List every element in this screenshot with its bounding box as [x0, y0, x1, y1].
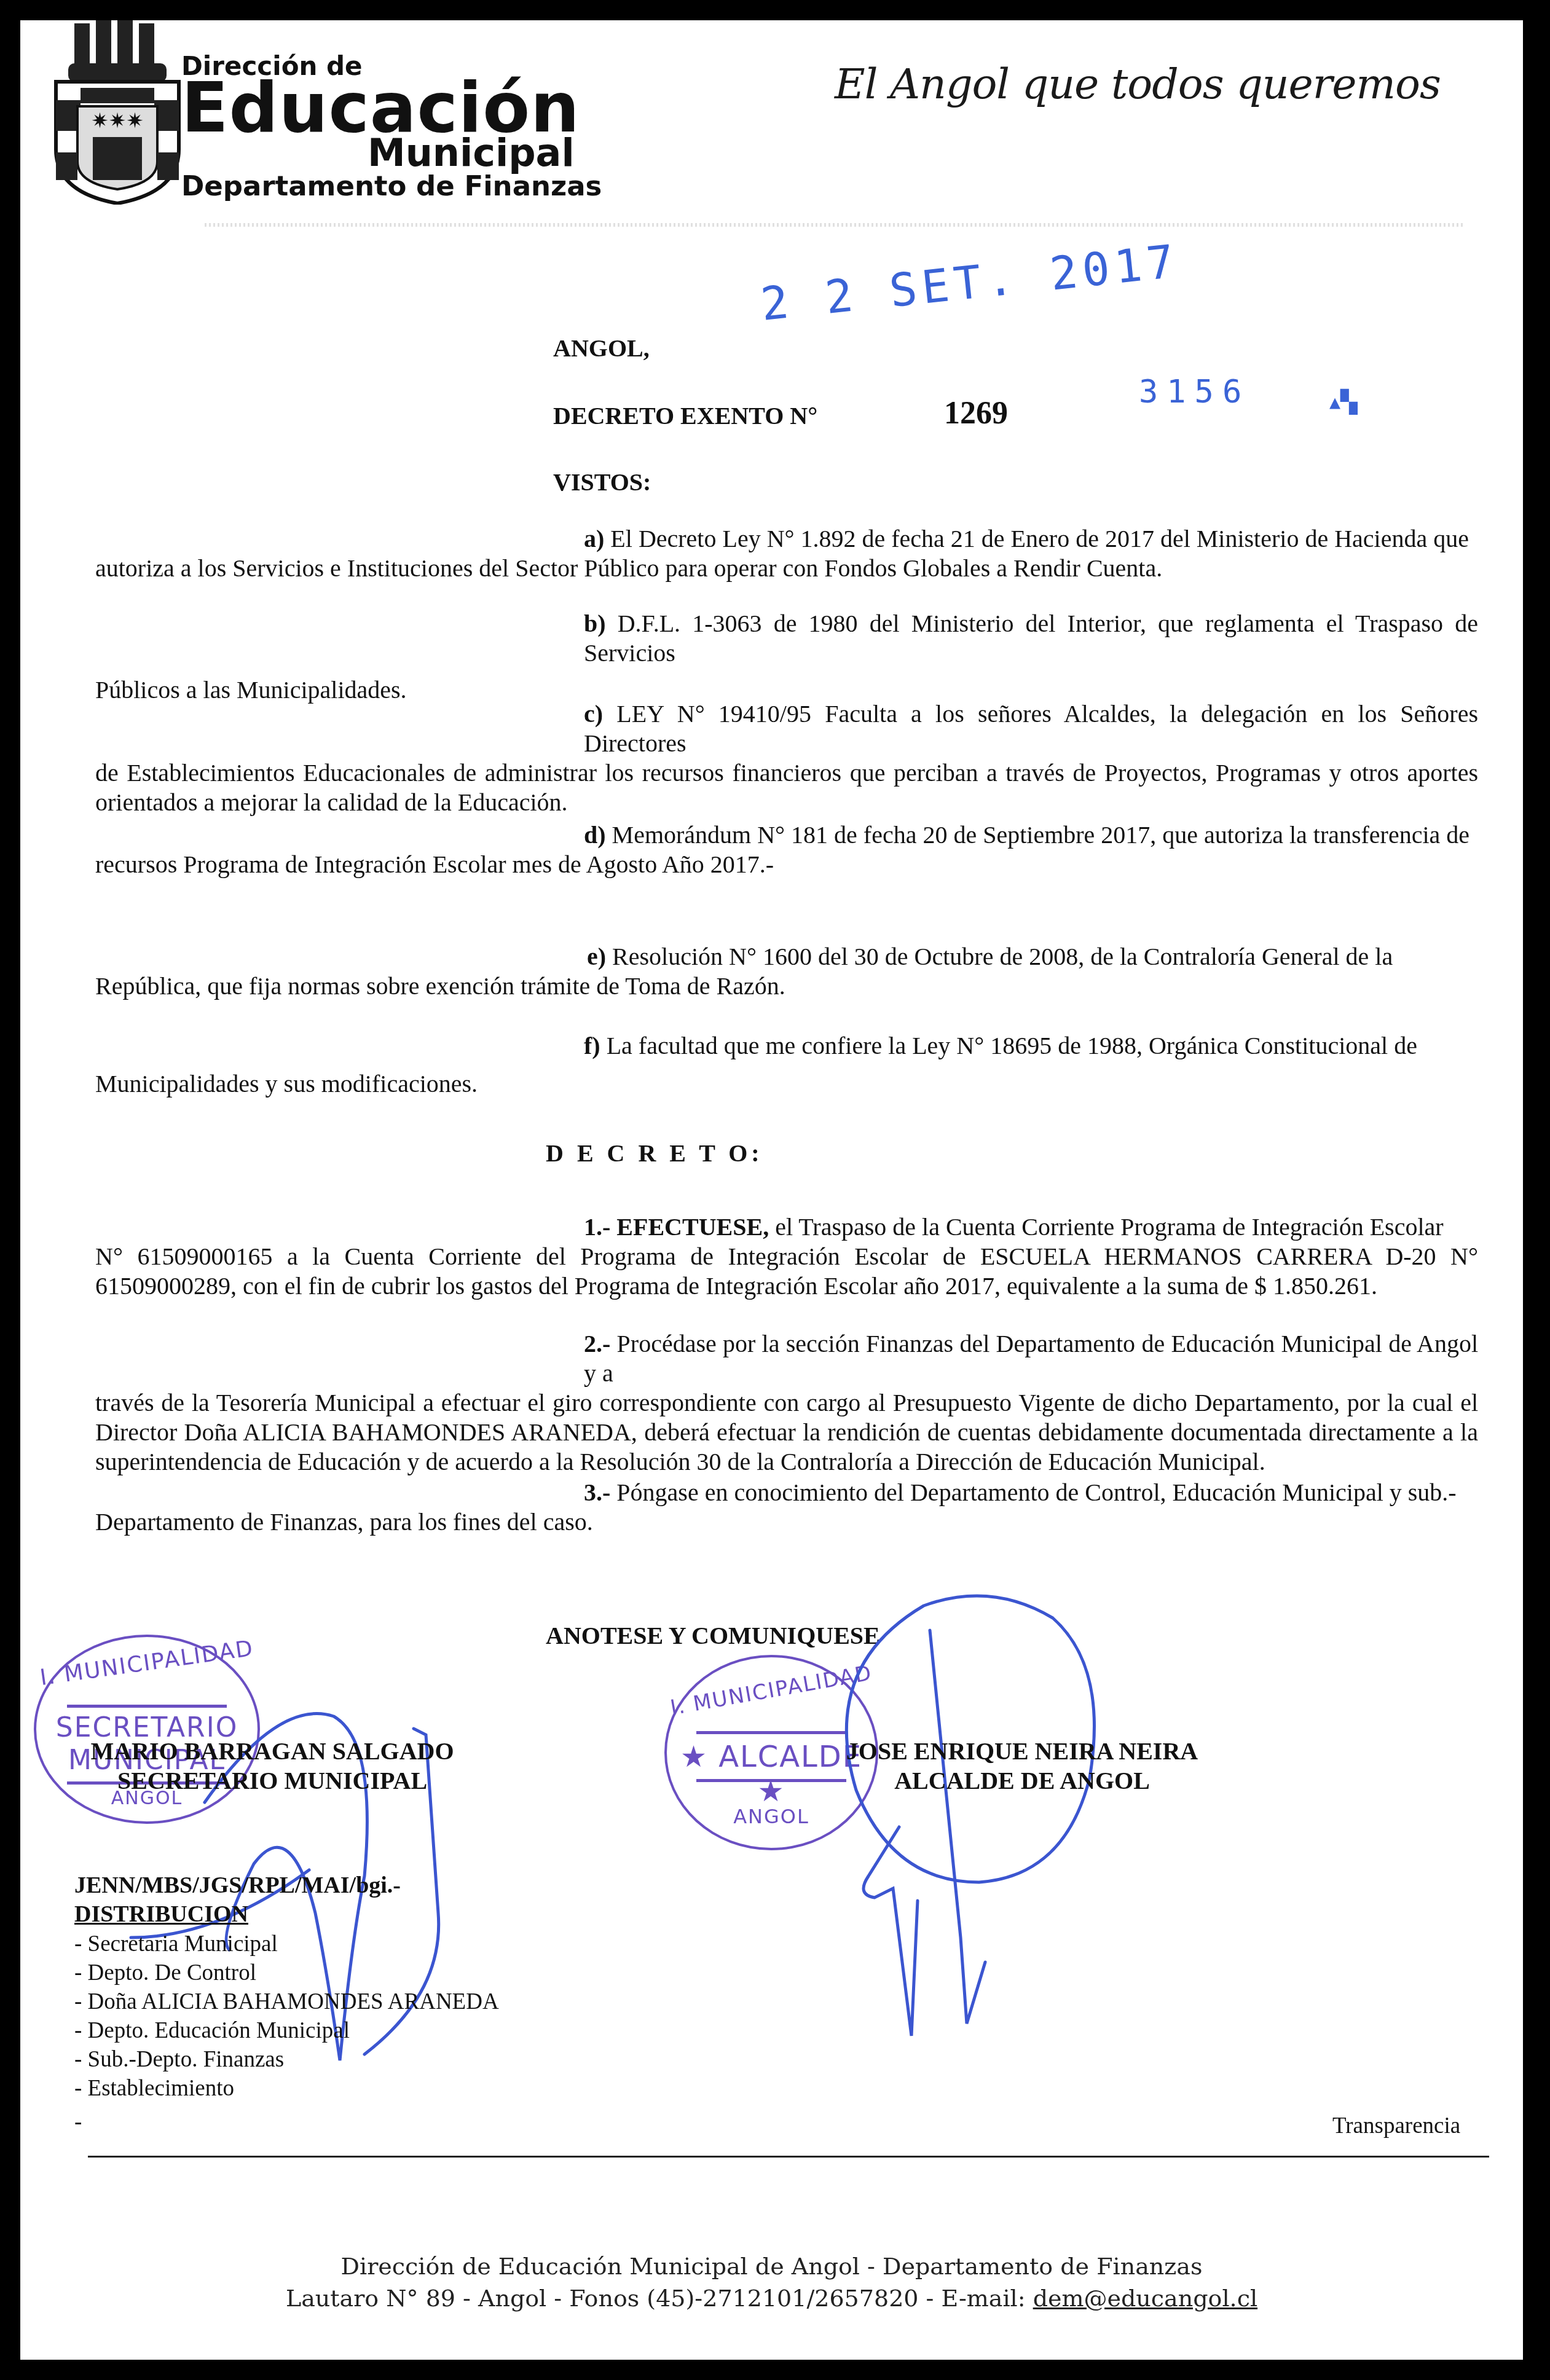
visto-a: a) El Decreto Ley N° 1.892 de fecha 21 d… — [95, 524, 1478, 583]
distribution-item: - Depto. De Control — [74, 1958, 499, 1987]
secretary-name: MARIO BARRAGAN SALGADO — [82, 1737, 463, 1766]
footer-line-1: Dirección de Educación Municipal de Ango… — [20, 2253, 1523, 2280]
transparency-label: Transparencia — [1332, 2113, 1460, 2139]
footer-line-2: Lautaro N° 89 - Angol - Fonos (45)-27121… — [20, 2285, 1523, 2312]
distribution-item: - Establecimiento — [74, 2074, 499, 2103]
header-line-departamento: Departamento de Finanzas — [181, 171, 602, 202]
footer-divider — [88, 2156, 1489, 2158]
decree-label: DECRETO EXENTO N° — [553, 401, 817, 430]
decreto-heading: D E C R E T O: — [546, 1139, 763, 1168]
distribution-item: - — [74, 2108, 499, 2137]
municipal-crest-icon: ✷✷✷ — [50, 20, 191, 205]
date-stamp: 2 2 SET. 2017 — [758, 235, 1181, 331]
decreto-item-2: 2.- Procédase por la sección Finanzas de… — [95, 1329, 1478, 1477]
visto-d: d) Memorándum N° 181 de fecha 20 de Sept… — [95, 820, 1478, 879]
decreto-item-3: 3.- Póngase en conocimiento del Departam… — [95, 1478, 1478, 1537]
registry-number-stamp: 3156 — [1139, 374, 1250, 410]
mayor-name: JOSE ENRIQUE NEIRA NEIRA — [825, 1737, 1219, 1766]
visto-f: f) La facultad que me confiere la Ley N°… — [95, 1031, 1478, 1099]
footer-email-link[interactable]: dem@educangol.cl — [1033, 2285, 1257, 2312]
header-divider — [205, 223, 1465, 227]
secretary-title: SECRETARIO MUNICIPAL — [82, 1766, 463, 1796]
mayor-title: ALCALDE DE ANGOL — [825, 1766, 1219, 1796]
vistos-heading: VISTOS: — [553, 468, 651, 497]
distribution-item: - Sub.-Depto. Finanzas — [74, 2045, 499, 2074]
secretary-signature-block: MARIO BARRAGAN SALGADO SECRETARIO MUNICI… — [82, 1737, 463, 1796]
document-page: ✷✷✷ Dirección de Educación Municipal Dep… — [20, 20, 1523, 2360]
visto-e: e) Resolución N° 1600 del 30 de Octubre … — [95, 942, 1447, 1001]
distribution-item: - Secretaria Municipal — [74, 1930, 499, 1958]
distribution-list: - Secretaria Municipal - Depto. De Contr… — [74, 1930, 499, 2137]
mayor-signature-block: JOSE ENRIQUE NEIRA NEIRA ALCALDE DE ANGO… — [825, 1737, 1219, 1796]
header-motto: El Angol que todos queremos — [835, 60, 1441, 109]
header-line-municipal: Municipal — [368, 134, 575, 172]
decreto-item-1: 1.- EFECTUESE, el Traspaso de la Cuenta … — [95, 1212, 1478, 1301]
visto-b: b) D.F.L. 1-3063 de 1980 del Ministerio … — [95, 609, 1478, 705]
decree-number: 1269 — [944, 395, 1008, 431]
place-label: ANGOL, — [553, 334, 650, 363]
distribution-heading: DISTRIBUCION — [74, 1901, 248, 1928]
svg-text:✷✷✷: ✷✷✷ — [91, 110, 143, 133]
distribution-item: - Doña ALICIA BAHAMONDES ARANEDA — [74, 1987, 499, 2016]
drafter-initials: JENN/MBS/JGS/RPL/MAI/bgi.- — [74, 1872, 401, 1899]
distribution-item: - Depto. Educación Municipal — [74, 2016, 499, 2045]
visto-c: c) LEY N° 19410/95 Faculta a los señores… — [95, 699, 1478, 817]
stamp-mark-icon: ▴▚ — [1329, 389, 1358, 415]
